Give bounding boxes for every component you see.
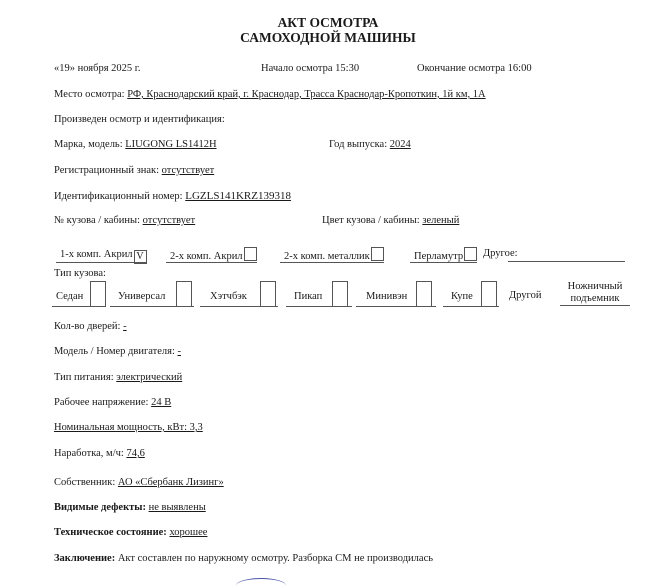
- power-type-row: Тип питания: электрический: [54, 372, 182, 383]
- condition-value: хорошее: [169, 527, 207, 538]
- body-type-checkbox[interactable]: [176, 281, 192, 306]
- body-type-sedan: Седан: [52, 282, 106, 307]
- vin-label: Идентификационный номер:: [54, 191, 183, 202]
- owner-row: Собственник: АО «Сбербанк Лизинг»: [54, 477, 224, 488]
- body-type-checkbox[interactable]: [416, 281, 432, 306]
- paint-option-3: 2-х комп. металлик: [280, 247, 384, 263]
- body-type-other-value: Ножничный подъемник: [560, 281, 630, 306]
- body-number-row: № кузова / кабины: отсутствует: [54, 215, 195, 226]
- conclusion-value: Акт составлен по наружному осмотру. Разб…: [118, 553, 433, 564]
- inspection-date: «19» ноября 2025 г.: [54, 63, 141, 74]
- body-type-label: Тип кузова:: [54, 268, 106, 279]
- body-type-coupe: Купе: [443, 282, 499, 307]
- owner-value: АО «Сбербанк Лизинг»: [118, 477, 224, 488]
- conclusion-row: Заключение: Акт составлен по наружному о…: [54, 553, 433, 564]
- year-label: Год выпуска:: [329, 139, 387, 150]
- doors-label: Кол-во дверей:: [54, 321, 120, 332]
- reg-row: Регистрационный знак: отсутствует: [54, 165, 214, 176]
- body-type-checkbox[interactable]: [332, 281, 348, 306]
- paint-option-label: Перламутр: [414, 251, 463, 262]
- power-type-label: Тип питания:: [54, 372, 114, 383]
- voltage-row: Рабочее напряжение: 24 В: [54, 397, 171, 408]
- body-type-label: Минивэн: [366, 291, 407, 302]
- paint-checkbox[interactable]: V: [134, 250, 147, 264]
- vin-value: LGZLS141KRZ139318: [185, 190, 291, 202]
- body-type-label: Хэтчбэк: [210, 291, 247, 302]
- inspection-start: Начало осмотра 15:30: [261, 63, 359, 74]
- defects-row: Видимые дефекты: не выявлены: [54, 502, 206, 513]
- voltage-label: Рабочее напряжение:: [54, 397, 148, 408]
- vin-row: Идентификационный номер: LGZLS141KRZ1393…: [54, 190, 291, 202]
- defects-value: не выявлены: [149, 502, 206, 513]
- inspection-end: Окончание осмотра 16:00: [417, 63, 532, 74]
- body-type-checkbox[interactable]: [90, 281, 106, 306]
- hours-row: Наработка, м/ч: 74,6: [54, 448, 145, 459]
- hours-label: Наработка, м/ч:: [54, 448, 124, 459]
- voltage-value: 24 В: [151, 397, 171, 408]
- engine-value: -: [178, 346, 182, 357]
- reg-label: Регистрационный знак:: [54, 165, 159, 176]
- body-type-other-line1: Ножничный: [560, 281, 630, 293]
- body-type-label: Пикап: [294, 291, 322, 302]
- body-type-minivan: Минивэн: [356, 282, 436, 307]
- body-type-checkbox[interactable]: [481, 281, 497, 306]
- brand-value: LIUGONG LS1412H: [125, 139, 216, 150]
- body-type-other-line2: подъемник: [560, 293, 630, 305]
- year-value: 2024: [390, 139, 411, 150]
- color-label: Цвет кузова / кабины:: [322, 215, 420, 226]
- body-type-label: Седан: [56, 291, 83, 302]
- rated-power-row: Номинальная мощность, кВт: 3,3: [54, 422, 203, 433]
- body-type-pickup: Пикап: [286, 282, 352, 307]
- paint-option-label: 2-х комп. Акрил: [170, 251, 243, 262]
- engine-row: Модель / Номер двигателя: -: [54, 346, 181, 357]
- paint-checkbox[interactable]: [371, 247, 384, 261]
- body-type-label: Купе: [451, 291, 473, 302]
- paint-option-4: Перламутр: [410, 247, 477, 263]
- body-type-wagon: Универсал: [110, 282, 194, 307]
- paint-other-label: Другое:: [483, 248, 518, 259]
- paint-other-field[interactable]: [508, 261, 625, 262]
- hours-value: 74,6: [126, 448, 144, 459]
- body-number-value: отсутствует: [143, 215, 196, 226]
- document-title-line2: САМОХОДНОЙ МАШИНЫ: [0, 31, 656, 45]
- paint-option-1: 1-х комп. АкрилV: [56, 247, 147, 263]
- document-title-line1: АКТ ОСМОТРА: [0, 16, 656, 30]
- brand-label: Марка, модель:: [54, 139, 123, 150]
- engine-label: Модель / Номер двигателя:: [54, 346, 175, 357]
- condition-label: Техническое состояние:: [54, 527, 167, 538]
- place-row: Место осмотра: РФ, Краснодарский край, г…: [54, 89, 486, 100]
- color-value: зеленый: [422, 215, 459, 226]
- paint-checkbox[interactable]: [464, 247, 477, 261]
- paint-checkbox[interactable]: [244, 247, 257, 261]
- condition-row: Техническое состояние: хорошее: [54, 527, 207, 538]
- color-row: Цвет кузова / кабины: зеленый: [322, 215, 459, 226]
- reg-value: отсутствует: [162, 165, 215, 176]
- power-type-value: электрический: [116, 372, 182, 383]
- owner-label: Собственник:: [54, 477, 115, 488]
- body-number-label: № кузова / кабины:: [54, 215, 140, 226]
- paint-option-label: 2-х комп. металлик: [284, 251, 370, 262]
- place-value: РФ, Краснодарский край, г. Краснодар, Тр…: [127, 89, 485, 100]
- year-row: Год выпуска: 2024: [329, 139, 411, 150]
- defects-label: Видимые дефекты:: [54, 502, 146, 513]
- intro-text: Произведен осмотр и идентификация:: [54, 114, 225, 125]
- paint-option-label: 1-х комп. Акрил: [60, 249, 133, 260]
- body-type-label: Универсал: [118, 291, 165, 302]
- body-type-checkbox[interactable]: [260, 281, 276, 306]
- paint-option-2: 2-х комп. Акрил: [166, 247, 257, 263]
- doors-row: Кол-во дверей: -: [54, 321, 127, 332]
- place-label: Место осмотра:: [54, 89, 125, 100]
- body-type-hatchback: Хэтчбэк: [200, 282, 278, 307]
- signature-mark: [236, 578, 286, 588]
- body-type-other-label: Другой: [509, 290, 541, 301]
- brand-row: Марка, модель: LIUGONG LS1412H: [54, 139, 217, 150]
- doors-value: -: [123, 321, 127, 332]
- conclusion-label: Заключение:: [54, 553, 115, 564]
